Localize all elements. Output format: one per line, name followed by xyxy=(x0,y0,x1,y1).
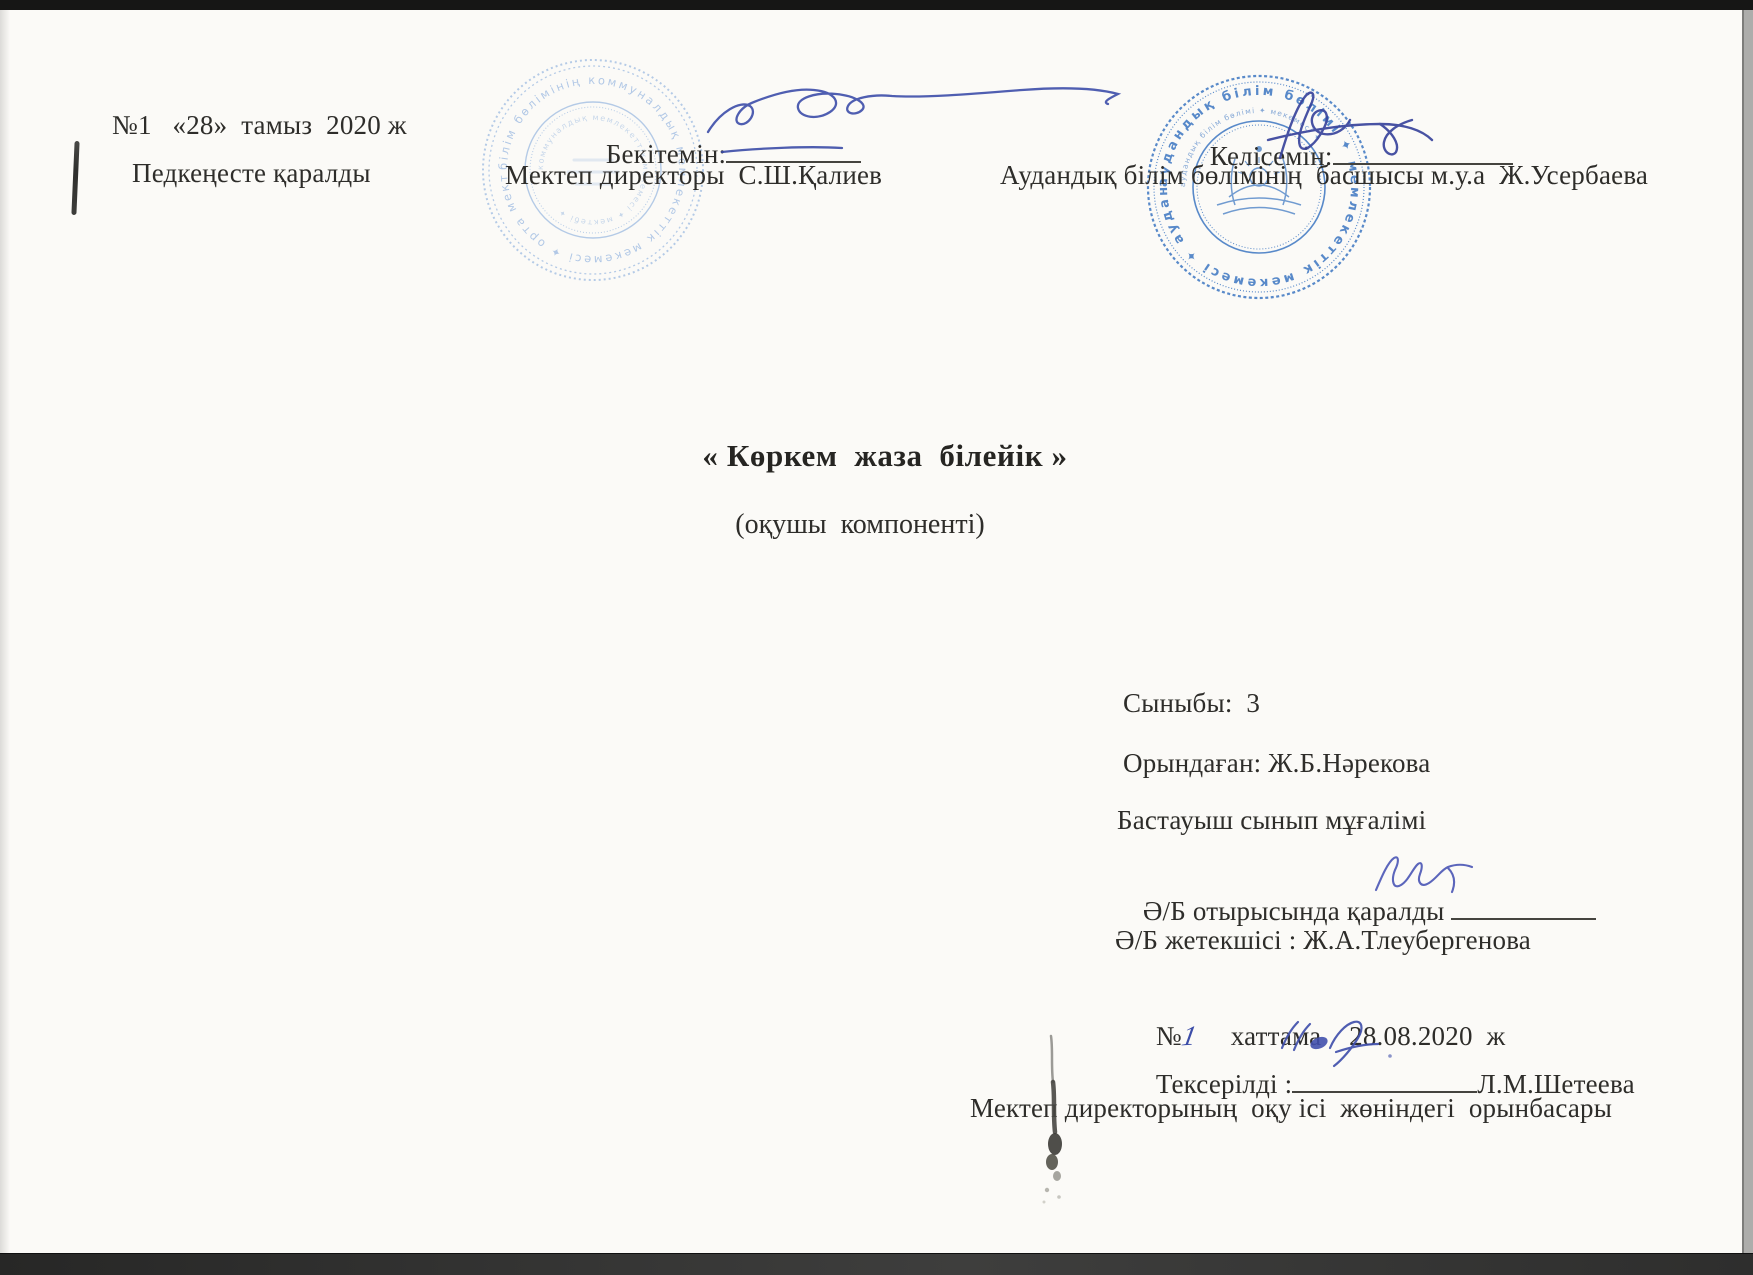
approve-signature-ink xyxy=(640,76,1145,171)
checked-signature-ink xyxy=(1272,1016,1407,1074)
class-line: Сыныбы: 3 xyxy=(1123,688,1260,719)
document-title: « Көркем жаза білейік » xyxy=(0,438,1753,474)
author-line: Орындаған: Ж.Б.Нәрекова xyxy=(1123,748,1430,779)
meeting-label: Ә/Б отырысында қаралды xyxy=(1143,896,1452,926)
protocol-date-line: №1 «28» тамыз 2020 ж xyxy=(112,110,407,141)
role-line: Бастауыш сынып мұғалімі xyxy=(1117,805,1426,836)
meeting-signature-ink xyxy=(1368,850,1483,898)
scanner-edge-bottom xyxy=(0,1253,1753,1275)
leader-line: Ә/Б жетекшісі : Ж.А.Тлеубергенова xyxy=(1115,925,1531,956)
ink-smudge-artifact xyxy=(1035,1032,1081,1210)
scanned-document: білім бөлімінің коммуналдық мемлекеттік … xyxy=(0,0,1753,1275)
paper-edge-shadow xyxy=(0,10,10,1253)
pedcouncil-line: Педкеңесте қаралды xyxy=(132,158,371,189)
scanner-edge-right xyxy=(1742,10,1753,1253)
scanner-edge-top xyxy=(0,0,1753,10)
document-subtitle: (оқушы компоненті) xyxy=(0,509,1720,541)
meeting-signature-line xyxy=(1451,916,1596,920)
agree-signature-ink xyxy=(1250,86,1460,170)
